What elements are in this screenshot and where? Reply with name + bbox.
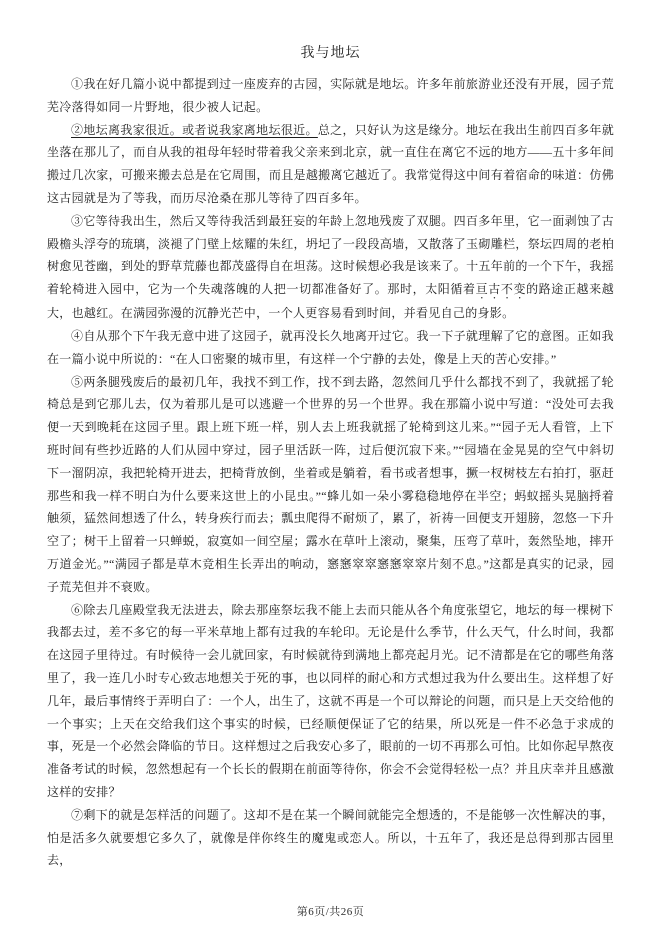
passage-title: 我与地坛 xyxy=(47,44,614,64)
paragraph-6-text: ⑥除去几座殿堂我无法进去，除去那座祭坛我不能上去而只能从各个角度张望它，地坛的每… xyxy=(47,603,614,799)
passage-paragraph-4: ④自从那个下午我无意中进了这园子，就再没长久地离开过它。我一下子就理解了它的意图… xyxy=(47,325,614,371)
passage-paragraph-1: ①我在好几篇小说中都提到过一座废弃的古园，实际就是地坛。许多年前旅游业还没有开展… xyxy=(47,73,614,119)
paragraph-1-text: ①我在好几篇小说中都提到过一座废弃的古园，实际就是地坛。许多年前旅游业还没有开展… xyxy=(47,77,614,114)
paragraph-7-text: ⑦剩下的就是怎样活的问题了。这却不是在某一个瞬间就能完全想透的，不是能够一次性解… xyxy=(47,808,614,868)
emphasis-dotted-phrase: 亘古不变 xyxy=(476,282,526,296)
passage-paragraph-7: ⑦剩下的就是怎样活的问题了。这却不是在某一个瞬间就能完全想透的，不是能够一次性解… xyxy=(47,804,614,872)
underlined-sentence: ②地坛离我家很近。或者说我家离地坛很近。 xyxy=(71,123,318,137)
passage-paragraph-2: ②地坛离我家很近。或者说我家离地坛很近。总之，只好认为这是缘分。地坛在我出生前四… xyxy=(47,119,614,210)
document-page: 我与地坛 ①我在好几篇小说中都提到过一座废弃的古园，实际就是地坛。许多年前旅游业… xyxy=(0,0,661,935)
page-number: 第6页/共26页 xyxy=(0,903,661,919)
paragraph-4-text: ④自从那个下午我无意中进了这园子，就再没长久地离开过它。我一下子就理解了它的意图… xyxy=(47,329,614,366)
paragraph-5-text: ⑤两条腿残废后的最初几年，我找不到工作，找不到去路，忽然间几乎什么都找不到了，我… xyxy=(47,375,614,594)
passage-paragraph-6: ⑥除去几座殿堂我无法进去，除去那座祭坛我不能上去而只能从各个角度张望它，地坛的每… xyxy=(47,599,614,804)
passage-paragraph-5: ⑤两条腿残废后的最初几年，我找不到工作，找不到去路，忽然间几乎什么都找不到了，我… xyxy=(47,371,614,599)
passage-paragraph-3: ③它等待我出生，然后又等待我活到最狂妄的年龄上忽地残废了双腿。四百多年里，它一面… xyxy=(47,210,614,325)
